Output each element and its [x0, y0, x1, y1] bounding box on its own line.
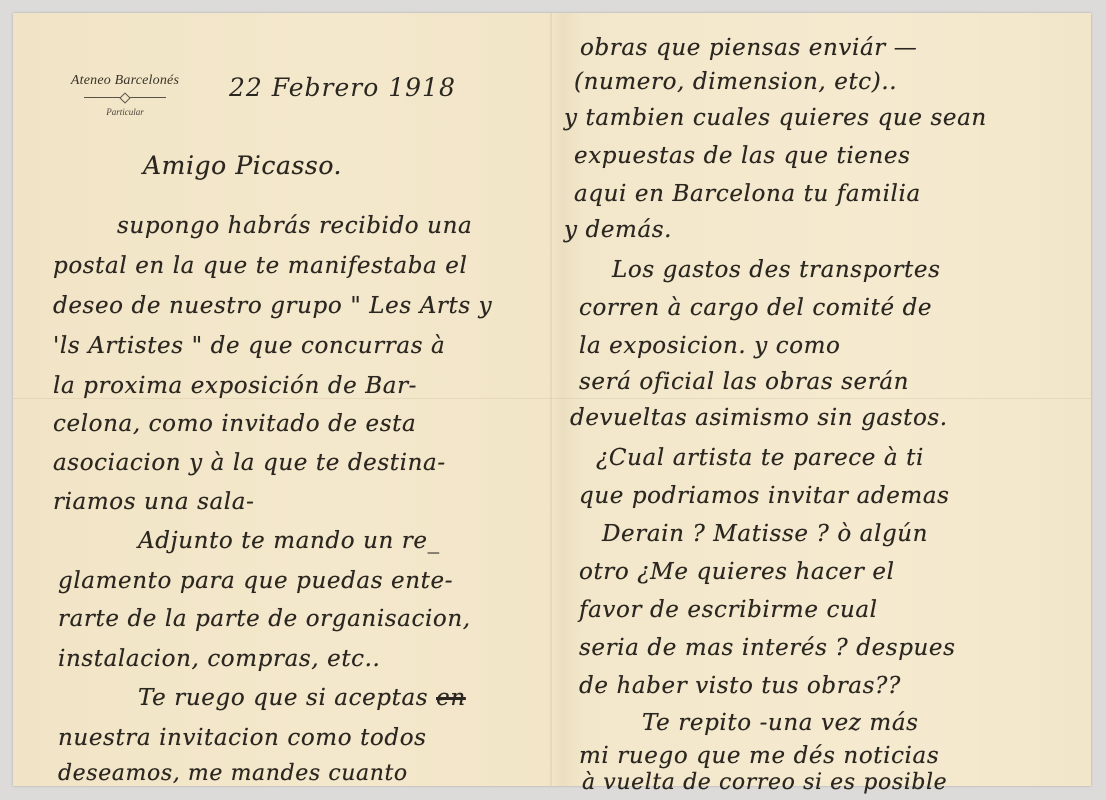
letter-date: 22 Febrero 1918: [229, 73, 456, 102]
right-line-12: ¿Cual artista te parece à ti: [596, 445, 924, 471]
letter-sheet: Ateneo Barcelonés Particular 22 Febrero …: [13, 13, 1091, 786]
left-line-2: postal en la que te manifestaba el: [53, 253, 467, 279]
left-line-6: celona, como invitado de esta: [53, 411, 416, 437]
right-line-2: (numero, dimension, etc)..: [574, 69, 897, 95]
right-line-18: de haber visto tus obras??: [579, 673, 901, 699]
left-line-1: supongo habrás recibido una: [117, 213, 472, 239]
salutation: Amigo Picasso.: [143, 151, 342, 180]
right-line-20: mi ruego que me dés noticias: [579, 743, 939, 769]
left-line-11: rarte de la parte de organisacion,: [58, 606, 471, 632]
right-line-10: será oficial las obras serán: [579, 369, 909, 395]
right-line-4: expuestas de las que tienes: [574, 143, 911, 169]
right-line-6: y demás.: [564, 217, 672, 243]
right-line-7: Los gastos des transportes: [612, 257, 941, 283]
diamond-ornament-icon: [119, 92, 130, 103]
left-line-14: nuestra invitacion como todos: [58, 725, 427, 751]
left-line-13: Te ruego que si aceptas en: [138, 685, 466, 711]
right-line-21: à vuelta de correo si es posible: [582, 770, 947, 795]
letterhead-subtitle: Particular: [45, 107, 205, 117]
right-page: obras que piensas enviár — (numero, dime…: [552, 13, 1091, 786]
letterhead-ornament: [84, 97, 166, 98]
right-line-17: seria de mas interés ? despues: [579, 635, 956, 661]
left-line-7: asociacion y à la que te destina-: [53, 450, 446, 476]
left-line-5: la proxima exposición de Bar-: [53, 373, 417, 399]
right-line-5: aqui en Barcelona tu familia: [574, 181, 921, 207]
right-line-11: devueltas asimismo sin gastos.: [570, 405, 948, 431]
left-line-8: riamos una sala-: [53, 489, 254, 515]
letterhead: Ateneo Barcelonés Particular: [45, 73, 205, 117]
left-page: Ateneo Barcelonés Particular 22 Febrero …: [13, 13, 550, 786]
right-line-19: Te repito -una vez más: [642, 710, 919, 736]
left-line-13-text: Te ruego que si aceptas: [138, 685, 428, 711]
left-line-4: 'ls Artistes " de que concurras à: [53, 333, 445, 359]
right-line-1: obras que piensas enviár —: [580, 35, 917, 61]
right-line-15: otro ¿Me quieres hacer el: [579, 559, 895, 585]
right-line-14: Derain ? Matisse ? ò algún: [602, 521, 928, 547]
left-line-12: instalacion, compras, etc..: [58, 646, 380, 672]
left-line-3: deseo de nuestro grupo " Les Arts y: [53, 293, 492, 319]
right-line-9: la exposicion. y como: [579, 333, 841, 359]
right-line-3: y tambien cuales quieres que sean: [564, 105, 987, 131]
right-line-13: que podriamos invitar ademas: [579, 483, 950, 509]
left-line-9: Adjunto te mando un re_: [138, 528, 440, 554]
letterhead-name: Ateneo Barcelonés: [45, 73, 205, 89]
right-line-9-text: la exposicion. y como: [579, 333, 841, 359]
left-line-15: deseamos, me mandes cuanto: [58, 761, 408, 786]
right-line-8: corren à cargo del comité de: [579, 295, 932, 321]
right-line-16: favor de escribirme cual: [579, 597, 878, 623]
struck-word: en: [436, 685, 466, 711]
left-line-10: glamento para que puedas ente-: [58, 568, 453, 594]
